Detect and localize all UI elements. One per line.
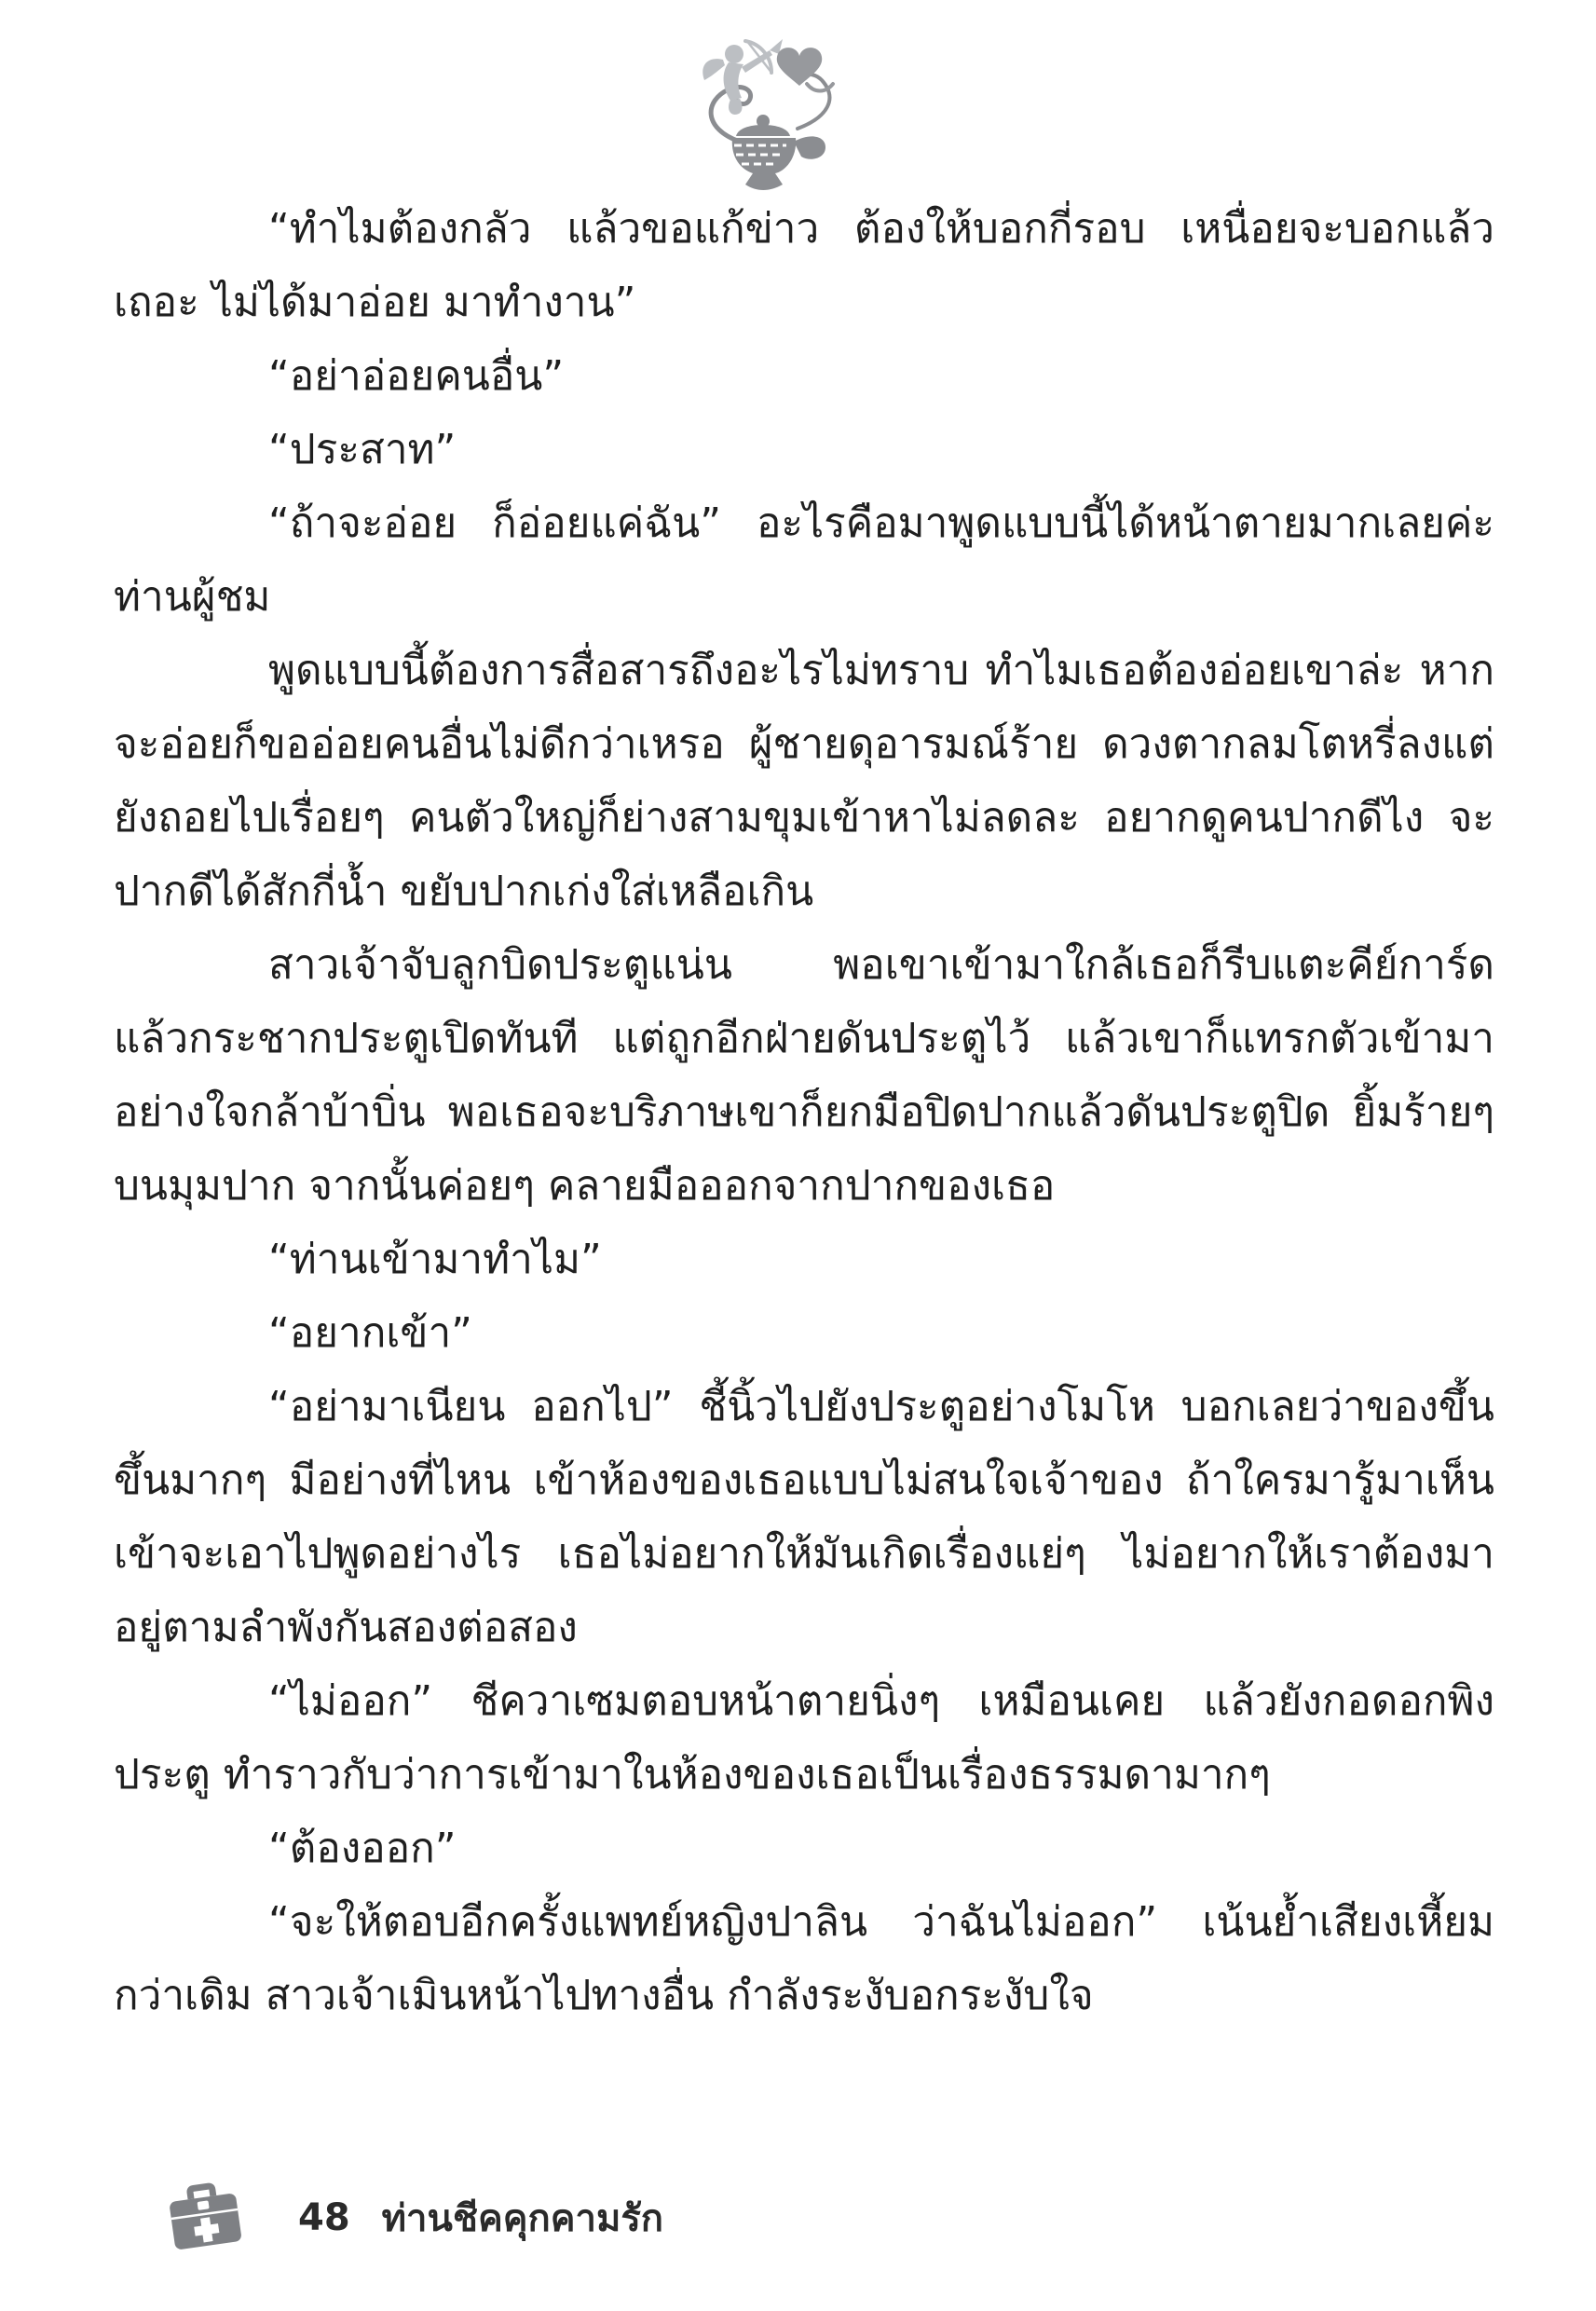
- first-aid-kit-icon: [161, 2178, 249, 2259]
- cupid-genie-lamp-ornament-icon: [667, 32, 853, 192]
- paragraph: “จะให้ตอบอีกครั้งแพทย์หญิงปาลิน ว่าฉันไม…: [114, 1885, 1494, 2032]
- book-title: ท่านชีคคุกคามรัก: [382, 2188, 663, 2248]
- paragraph: “ประสาท”: [114, 413, 1494, 486]
- paragraph: “ไม่ออก” ชีควาเซมตอบหน้าตายนิ่งๆ เหมือนเ…: [114, 1664, 1494, 1812]
- paragraph: “อย่ามาเนียน ออกไป” ชี้นิ้วไปยังประตูอย่…: [114, 1370, 1494, 1664]
- paragraph: “อย่าอ่อยคนอื่น”: [114, 339, 1494, 413]
- paragraph: “ต้องออก”: [114, 1812, 1494, 1885]
- paragraph: “ท่านเข้ามาทำไม”: [114, 1223, 1494, 1296]
- page-number: 48: [298, 2196, 350, 2239]
- page-footer: 48 ท่านชีคคุกคามรัก: [166, 2182, 663, 2253]
- book-page: “ทำไมต้องกลัว แล้วขอแก้ข่าว ต้องให้บอกกี…: [0, 0, 1596, 2311]
- cupid-genie-lamp-svg: [667, 32, 853, 192]
- paragraph: พูดแบบนี้ต้องการสื่อสารถึงอะไรไม่ทราบ ทำ…: [114, 634, 1494, 928]
- paragraph: “ถ้าจะอ่อย ก็อ่อยแค่ฉัน” อะไรคือมาพูดแบบ…: [114, 486, 1494, 634]
- page-text-block: “ทำไมต้องกลัว แล้วขอแก้ข่าว ต้องให้บอกกี…: [114, 192, 1494, 2032]
- paragraph: “อยากเข้า”: [114, 1296, 1494, 1370]
- paragraph: “ทำไมต้องกลัว แล้วขอแก้ข่าว ต้องให้บอกกี…: [114, 192, 1494, 339]
- paragraph: สาวเจ้าจับลูกบิดประตูแน่น พอเขาเข้ามาใกล…: [114, 928, 1494, 1223]
